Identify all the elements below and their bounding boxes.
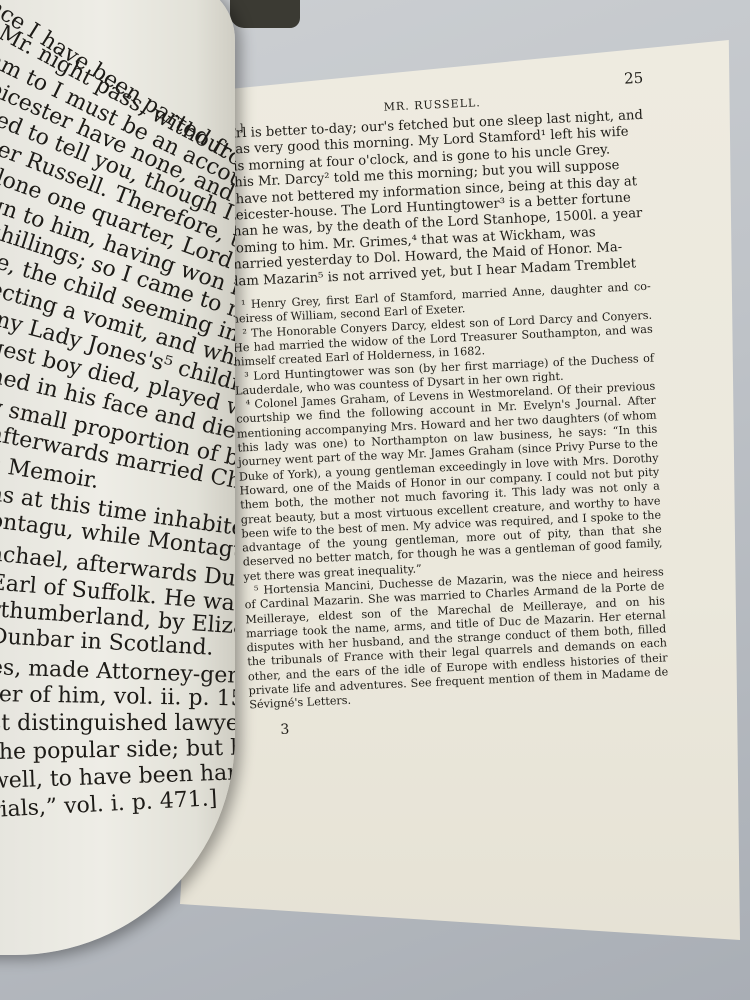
page-number: 25 bbox=[624, 69, 644, 88]
footnotes: ¹ Henry Grey, first Earl of Stamford, ma… bbox=[231, 280, 669, 713]
book-stand bbox=[230, 0, 300, 28]
body-text: girl is better to-day; our's fetched but… bbox=[223, 108, 650, 291]
left-page-curl: nce I have been parted from Mr. night pa… bbox=[0, 0, 235, 955]
footnote: ⁵ Hortensia Mancini, Duchesse de Mazarin… bbox=[244, 565, 669, 713]
right-page-content: 25 MR. RUSSELL. 675.] girl is better to-… bbox=[220, 41, 670, 739]
left-page-content: nce I have been parted from Mr. night pa… bbox=[0, 0, 235, 821]
footnote: ⁴ Colonel James Graham, of Levens in Wes… bbox=[235, 380, 663, 585]
